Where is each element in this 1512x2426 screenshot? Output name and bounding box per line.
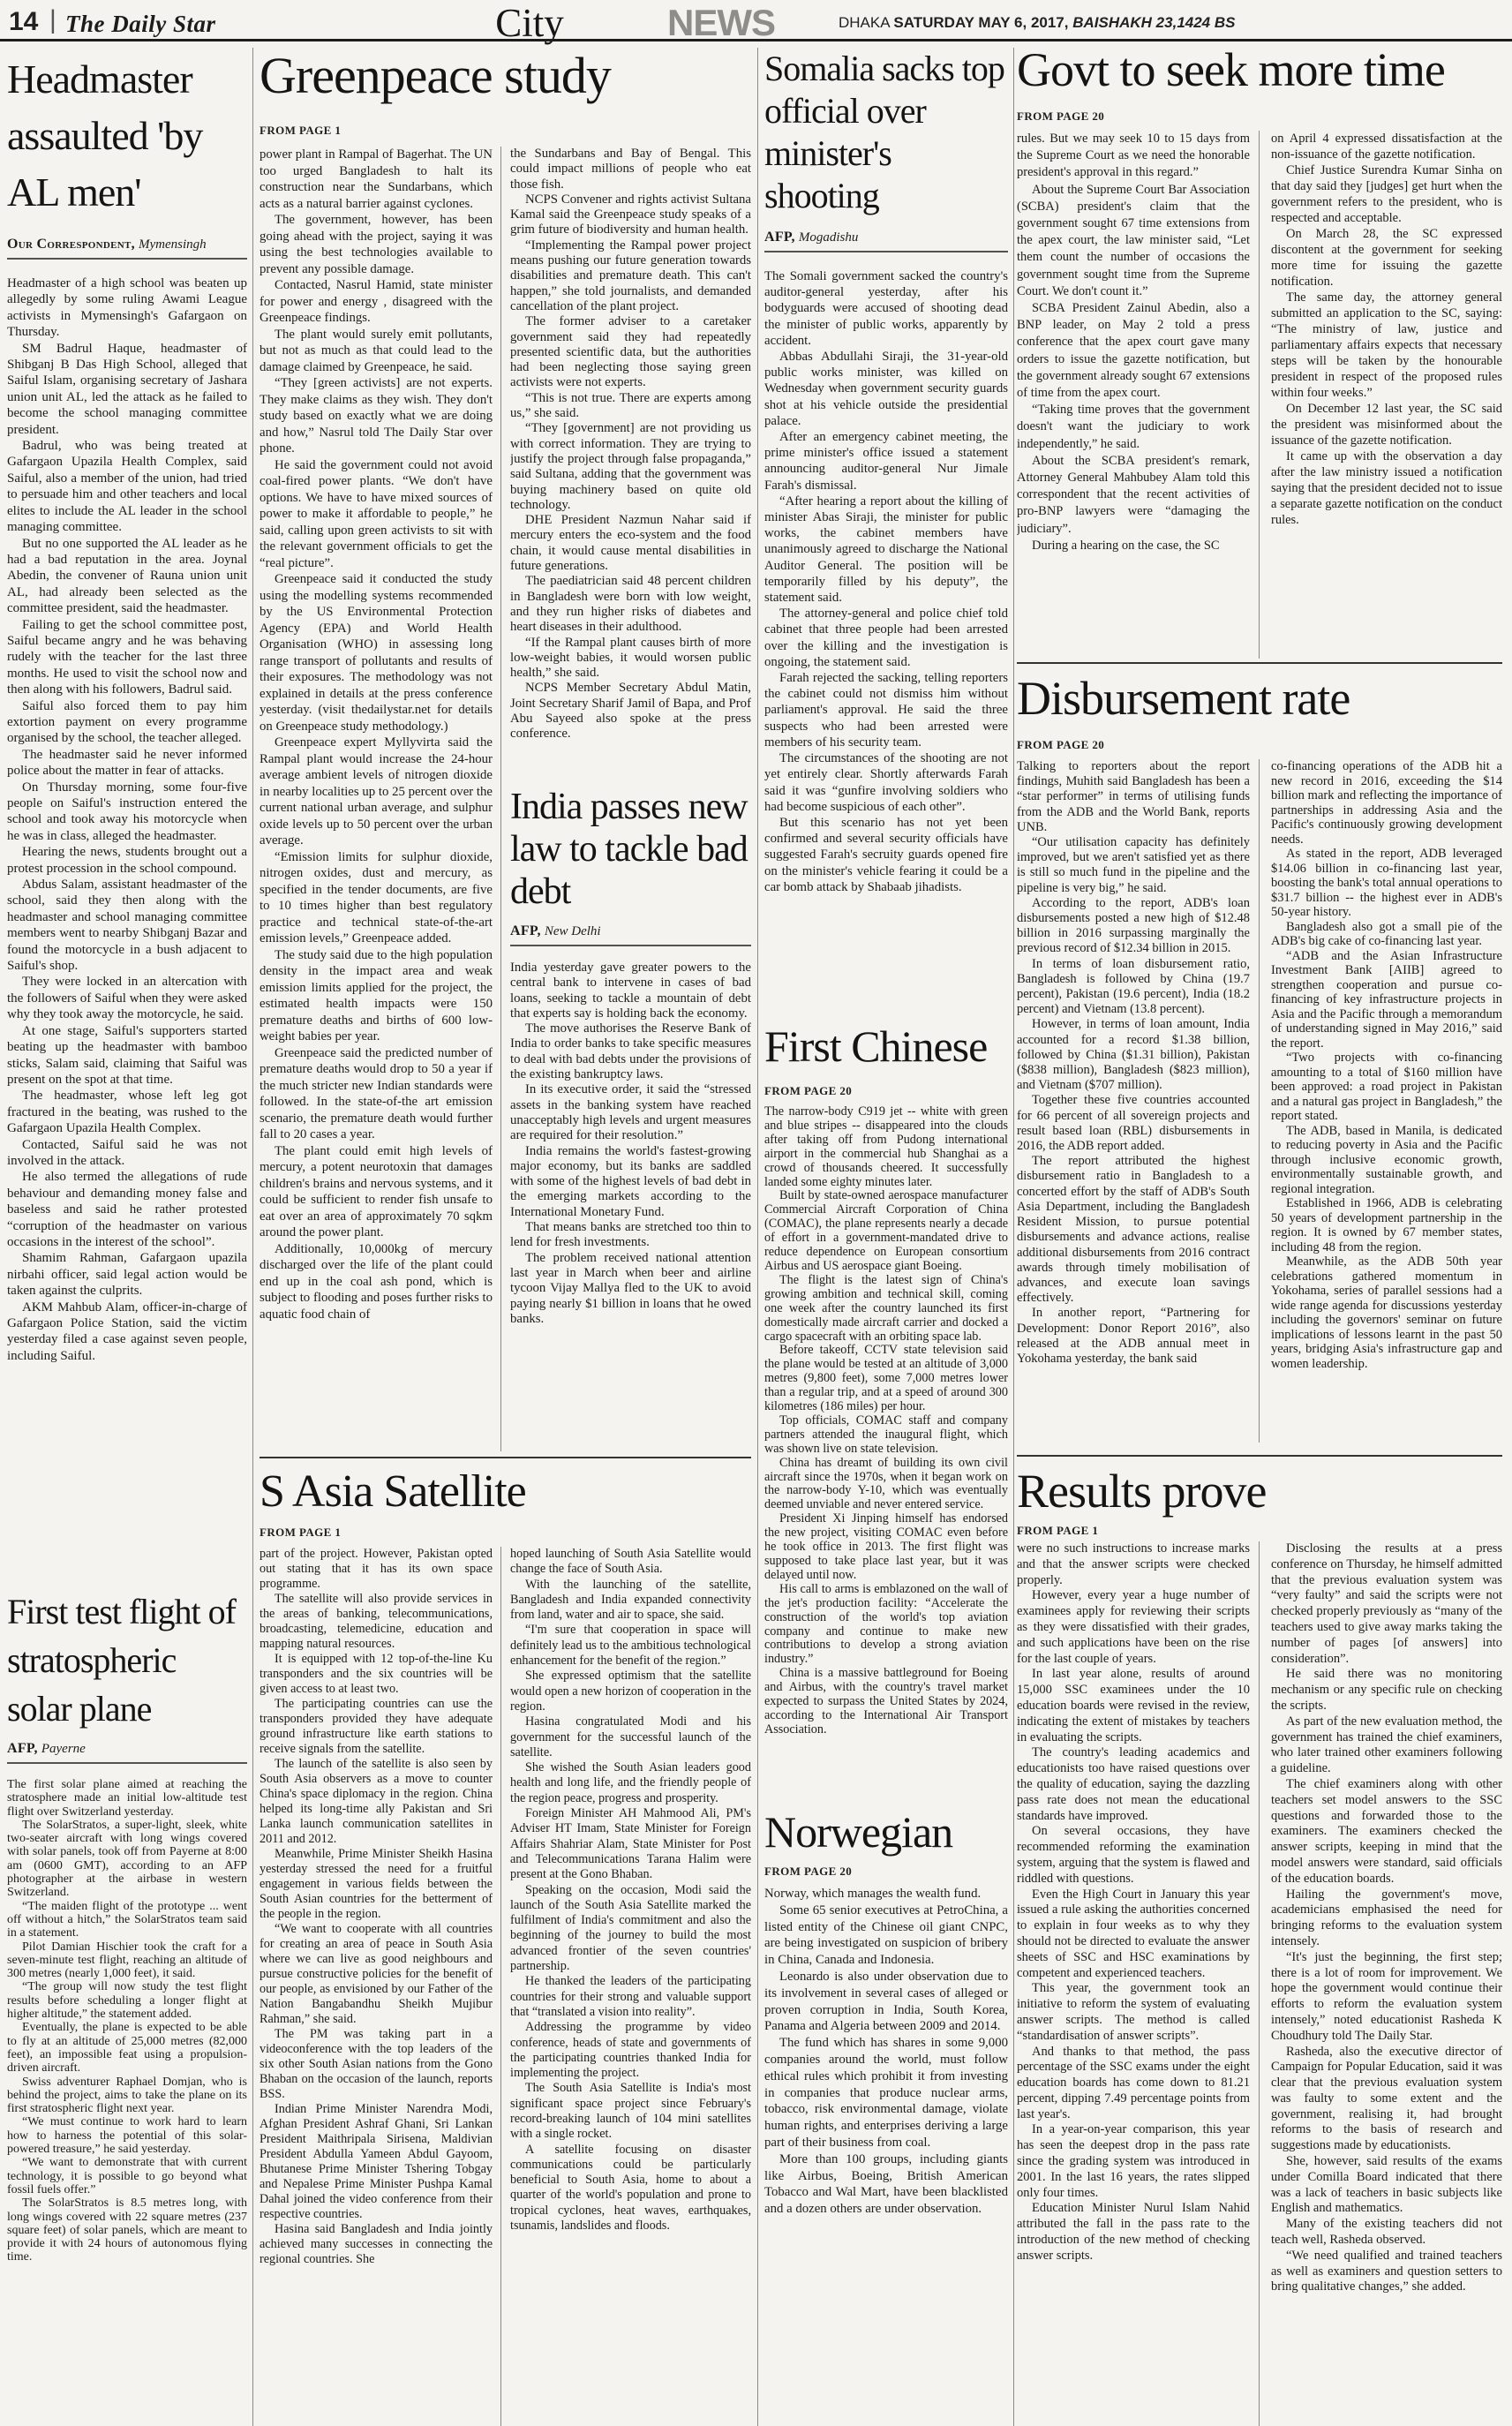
- paragraph: Disclosing the results at a press confer…: [1271, 1541, 1502, 1667]
- paragraph: The former adviser to a caretaker govern…: [510, 314, 751, 390]
- paragraph: The same day, the attorney general submi…: [1271, 290, 1502, 401]
- headline-results: Results prove: [1017, 1464, 1502, 1518]
- byline: AFP, Payerne: [7, 1741, 247, 1764]
- paragraph: In terms of loan disbursement ratio, Ban…: [1017, 957, 1250, 1018]
- paragraph: And thanks to that method, the pass perc…: [1017, 2045, 1250, 2123]
- paragraph: Talking to reporters about the report fi…: [1017, 759, 1250, 835]
- paragraph: Indian Prime Minister Narendra Modi, Afg…: [260, 2102, 493, 2222]
- byline: AFP, Mogadishu: [764, 230, 1008, 252]
- paragraph: The move authorises the Reserve Bank of …: [510, 1021, 751, 1082]
- paragraph: “Implementing the Rampal power project m…: [510, 238, 751, 314]
- paragraph: As part of the new evaluation method, th…: [1271, 1714, 1502, 1777]
- paragraph: On several occasions, they have recommen…: [1017, 1824, 1250, 1887]
- paragraph: More than 100 groups, including giants l…: [764, 2151, 1008, 2218]
- headline-s-asia-satellite: S Asia Satellite: [260, 1465, 754, 1518]
- byline-source: AFP,: [764, 230, 795, 245]
- column-rule: [252, 48, 253, 2426]
- from-page-label: FROM PAGE 20: [1017, 109, 1104, 124]
- paragraph: The headmaster said he never informed po…: [7, 747, 247, 780]
- paragraph: the Sundarbans and Bay of Bengal. This c…: [510, 147, 751, 192]
- paragraph: The participating countries can use the …: [260, 1697, 493, 1757]
- paragraph: Bangladesh also got a small pie of the A…: [1271, 920, 1502, 949]
- paragraph: Speaking on the occasion, Modi said the …: [510, 1883, 751, 1975]
- article-body-results-col2: Disclosing the results at a press confer…: [1271, 1541, 1502, 2426]
- paragraph: “I'm sure that cooperation in space will…: [510, 1623, 751, 1669]
- headline-disbursement: Disbursement rate: [1017, 671, 1502, 726]
- paragraph: SCBA President Zainul Abedin, also a BNP…: [1017, 300, 1250, 402]
- paragraph: They were locked in an altercation with …: [7, 974, 247, 1022]
- paragraph: SM Badrul Haque, headmaster of Shibganj …: [7, 341, 247, 438]
- paragraph: Meanwhile, Prime Minister Sheikh Hasina …: [260, 1847, 493, 1922]
- paragraph: He said the government could not avoid c…: [260, 457, 493, 572]
- header-divider: |: [49, 5, 56, 35]
- paragraph: But this scenario has not yet been confi…: [764, 815, 1008, 895]
- paragraph: The flight is the latest sign of China's…: [764, 1274, 1008, 1345]
- article-body-greenpeace-col2: the Sundarbans and Bay of Bengal. This c…: [510, 147, 751, 779]
- paragraph: During a hearing on the case, the SC: [1017, 538, 1250, 554]
- paragraph: She expressed optimism that the satellit…: [510, 1669, 751, 1714]
- paragraph: Foreign Minister AH Mahmood Ali, PM's Ad…: [510, 1806, 751, 1882]
- paragraph: “This is not true. There are experts amo…: [510, 391, 751, 422]
- paragraph: Abdus Salam, assistant headmaster of the…: [7, 877, 247, 974]
- article-body-disbursement-col1: Talking to reporters about the report fi…: [1017, 759, 1250, 1443]
- paragraph: About the Supreme Court Bar Association …: [1017, 182, 1250, 300]
- article-body-norwegian: Norway, which manages the wealth fund.So…: [764, 1886, 1008, 2424]
- paragraph: In last year alone, results of around 15…: [1017, 1667, 1250, 1745]
- section-rule: [260, 1457, 751, 1458]
- paragraph: Together these five countries accounted …: [1017, 1093, 1250, 1154]
- headline-norwegian: Norwegian: [764, 1806, 1008, 1857]
- paragraph: The fund which has shares in some 9,000 …: [764, 2035, 1008, 2151]
- paragraph: AKM Mahbub Alam, officer-in-charge of Ga…: [7, 1300, 247, 1365]
- paragraph: “We want to demonstrate that with curren…: [7, 2156, 247, 2196]
- paragraph: Hearing the news, students brought out a…: [7, 844, 247, 877]
- paragraph: Greenpeace said the predicted number of …: [260, 1045, 493, 1143]
- paragraph: It is equipped with 12 top-of-the-line K…: [260, 1652, 493, 1697]
- headline-greenpeace: Greenpeace study: [260, 44, 754, 108]
- masthead-logo: The Daily Star: [65, 11, 216, 38]
- paragraph: “We must continue to work hard to learn …: [7, 2115, 247, 2156]
- paragraph: The government, however, has been going …: [260, 212, 493, 277]
- paragraph: That means banks are stretched too thin …: [510, 1220, 751, 1251]
- headline-solar-plane: First test flight of stratospheric solar…: [7, 1587, 247, 1733]
- paragraph: At one stage, Saiful's supporters starte…: [7, 1023, 247, 1089]
- paragraph: The paediatrician said 48 percent childr…: [510, 574, 751, 635]
- paragraph: The South Asia Satellite is India's most…: [510, 2081, 751, 2142]
- paragraph: Farah rejected the sacking, telling repo…: [764, 670, 1008, 750]
- dateline-city: DHAKA: [839, 14, 890, 31]
- paragraph: Chief Justice Surendra Kumar Sinha on th…: [1271, 162, 1502, 226]
- article-body-greenpeace-col1: power plant in Rampal of Bagerhat. The U…: [260, 147, 493, 1451]
- paragraph: In its executive order, it said the “str…: [510, 1082, 751, 1143]
- from-page-label: FROM PAGE 20: [764, 1865, 852, 1879]
- page-number: 14: [9, 7, 38, 37]
- paragraph: However, every year a huge number of exa…: [1017, 1588, 1250, 1667]
- paragraph: Education Minister Nurul Islam Nahid att…: [1017, 2201, 1250, 2264]
- dateline-bangla-date: BAISHAKH 23,1424 BS: [1072, 14, 1235, 31]
- paragraph: He also termed the allegations of rude b…: [7, 1169, 247, 1250]
- paragraph: The headmaster, whose left leg got fract…: [7, 1088, 247, 1136]
- paragraph: In another report, “Partnering for Devel…: [1017, 1306, 1250, 1367]
- paragraph: “If the Rampal plant causes birth of mor…: [510, 636, 751, 682]
- byline-source: AFP,: [510, 923, 541, 938]
- paragraph: But no one supported the AL leader as he…: [7, 536, 247, 617]
- paragraph: The PM was taking part in a videoconfere…: [260, 2027, 493, 2102]
- paragraph: The narrow-body C919 jet -- white with g…: [764, 1105, 1008, 1189]
- paragraph: The launch of the satellite is also seen…: [260, 1757, 493, 1847]
- paragraph: He said there was no monitoring mechanis…: [1271, 1667, 1502, 1714]
- newspaper-page: 14 | The Daily Star City NEWS DHAKA SATU…: [0, 0, 1512, 2426]
- paragraph: The Somali government sacked the country…: [764, 268, 1008, 349]
- article-body-govt-col2: on April 4 expressed dissatisfaction at …: [1271, 131, 1502, 659]
- paragraph: Established in 1966, ADB is celebrating …: [1271, 1196, 1502, 1254]
- paragraph: About the SCBA president's remark, Attor…: [1017, 453, 1250, 538]
- article-body-results-col1: were no such instructions to increase ma…: [1017, 1541, 1250, 2426]
- column-rule: [500, 147, 501, 1451]
- from-page-label: FROM PAGE 1: [260, 124, 341, 138]
- paragraph: Rasheda, also the executive director of …: [1271, 2045, 1502, 2155]
- paragraph: Failing to get the school committee post…: [7, 617, 247, 698]
- paragraph: Swiss adventurer Raphael Domjan, who is …: [7, 2076, 247, 2116]
- byline-place: Mymensingh: [139, 237, 207, 252]
- paragraph: India remains the world's fastest-growin…: [510, 1144, 751, 1220]
- paragraph: Headmaster of a high school was beaten u…: [7, 275, 247, 341]
- paragraph: China is a massive battleground for Boei…: [764, 1667, 1008, 1737]
- byline-source: Our Correspondent,: [7, 237, 135, 252]
- paragraph: The ADB, based in Manila, is dedicated t…: [1271, 1124, 1502, 1197]
- section-rule: [1017, 1455, 1502, 1457]
- paragraph: According to the report, ADB's loan disb…: [1017, 896, 1250, 957]
- paragraph: Contacted, Nasrul Hamid, state minister …: [260, 277, 493, 327]
- paragraph: “The maiden flight of the prototype ... …: [7, 1900, 247, 1940]
- paragraph: Eventually, the plane is expected to be …: [7, 2021, 247, 2075]
- paragraph: Hasina congratulated Modi and his govern…: [510, 1714, 751, 1760]
- paragraph: Some 65 senior executives at PetroChina,…: [764, 1902, 1008, 1969]
- paragraph: The satellite will also provide services…: [260, 1592, 493, 1652]
- byline-place: Payerne: [41, 1742, 86, 1756]
- column-rule: [1259, 131, 1260, 659]
- paragraph: “They [green activists] are not experts.…: [260, 375, 493, 457]
- headline-somalia: Somalia sacks top official over minister…: [764, 48, 1008, 217]
- section-label: NEWS: [667, 2, 775, 44]
- paragraph: The circumstances of the shooting are no…: [764, 750, 1008, 815]
- paragraph: “We need qualified and trained teachers …: [1271, 2249, 1502, 2295]
- paragraph: Leonardo is also under observation due t…: [764, 1969, 1008, 2035]
- paragraph: The plant could emit high levels of merc…: [260, 1143, 493, 1241]
- paragraph: The study said due to the high populatio…: [260, 947, 493, 1045]
- article-body-govt-col1: rules. But we may seek 10 to 15 days fro…: [1017, 131, 1250, 659]
- paragraph: “Emission limits for sulphur dioxide, ni…: [260, 849, 493, 947]
- headline-india-debt: India passes new law to tackle bad debt: [510, 786, 751, 913]
- article-body-solar-plane: The first solar plane aimed at reaching …: [7, 1778, 247, 2424]
- section-rule: [1017, 662, 1502, 664]
- paragraph: President Xi Jinping himself has endorse…: [764, 1512, 1008, 1583]
- from-page-label: FROM PAGE 20: [1017, 738, 1104, 752]
- paragraph: On December 12 last year, the SC said th…: [1271, 401, 1502, 448]
- paragraph: His call to arms is emblazoned on the wa…: [764, 1583, 1008, 1667]
- column-rule: [1013, 48, 1014, 2426]
- column-rule: [500, 1547, 501, 2426]
- paragraph: However, in terms of loan amount, India …: [1017, 1017, 1250, 1093]
- paragraph: The SolarStratos is 8.5 metres long, wit…: [7, 2196, 247, 2264]
- paragraph: NCPS Convener and rights activist Sultan…: [510, 192, 751, 238]
- dateline-date: SATURDAY MAY 6, 2017,: [893, 14, 1068, 31]
- paragraph: In a year-on-year comparison, this year …: [1017, 2122, 1250, 2201]
- paragraph: Shamim Rahman, Gafargaon upazila nirbahi…: [7, 1250, 247, 1299]
- headline-govt-time: Govt to seek more time: [1017, 42, 1504, 97]
- paragraph: “Taking time proves that the government …: [1017, 402, 1250, 453]
- paragraph: The country's leading academics and educ…: [1017, 1745, 1250, 1824]
- paragraph: “It's just the beginning, the first step…: [1271, 1950, 1502, 2045]
- paragraph: Many of the existing teachers did not te…: [1271, 2217, 1502, 2249]
- paragraph: On March 28, the SC expressed discontent…: [1271, 226, 1502, 290]
- paragraph: “Two projects with co-financing amountin…: [1271, 1051, 1502, 1124]
- paragraph: co-financing operations of the ADB hit a…: [1271, 759, 1502, 847]
- paragraph: Built by state-owned aerospace manufactu…: [764, 1189, 1008, 1273]
- paragraph: The chief examiners along with other tea…: [1271, 1777, 1502, 1887]
- paragraph: She wished the South Asian leaders good …: [510, 1760, 751, 1806]
- paragraph: India yesterday gave greater powers to t…: [510, 961, 751, 1021]
- byline-source: AFP,: [7, 1741, 38, 1756]
- paragraph: The problem received national attention …: [510, 1251, 751, 1327]
- byline: Our Correspondent, Mymensingh: [7, 237, 247, 260]
- paragraph: A satellite focusing on disaster communi…: [510, 2143, 751, 2234]
- paragraph: China has dreamt of building its own civ…: [764, 1457, 1008, 1513]
- paragraph: Before takeoff, CCTV state television sa…: [764, 1344, 1008, 1414]
- column-rule: [1259, 759, 1260, 1443]
- paragraph: Abbas Abdullahi Siraji, the 31-year-old …: [764, 349, 1008, 429]
- article-body-headmaster: Headmaster of a high school was beaten u…: [7, 275, 247, 1580]
- paragraph: DHE President Nazmun Nahar said if mercu…: [510, 513, 751, 574]
- article-body-s-asia-col1: part of the project. However, Pakistan o…: [260, 1547, 493, 2426]
- paragraph: Saiful also forced them to pay him extor…: [7, 698, 247, 747]
- paragraph: Meanwhile, as the ADB 50th year celebrat…: [1271, 1254, 1502, 1371]
- article-body-india-debt: India yesterday gave greater powers to t…: [510, 961, 751, 1450]
- article-body-somalia: The Somali government sacked the country…: [764, 268, 1008, 1017]
- article-body-first-chinese: The narrow-body C919 jet -- white with g…: [764, 1105, 1008, 1801]
- paragraph: NCPS Member Secretary Abdul Matin, Joint…: [510, 681, 751, 742]
- headline-first-chinese: First Chinese: [764, 1021, 1008, 1072]
- header-rule: [0, 39, 1512, 41]
- paragraph: hoped launching of South Asia Satellite …: [510, 1547, 751, 1578]
- paragraph: Badrul, who was being treated at Gafarga…: [7, 438, 247, 535]
- paragraph: Pilot Damian Hischier took the craft for…: [7, 1940, 247, 1981]
- paragraph: were no such instructions to increase ma…: [1017, 1541, 1250, 1588]
- paragraph: rules. But we may seek 10 to 15 days fro…: [1017, 131, 1250, 182]
- paragraph: power plant in Rampal of Bagerhat. The U…: [260, 147, 493, 212]
- paragraph: Greenpeace said it conducted the study u…: [260, 571, 493, 735]
- paragraph: “They [government] are not providing us …: [510, 421, 751, 513]
- paragraph: Norway, which manages the wealth fund.: [764, 1886, 1008, 1902]
- paragraph: Contacted, Saiful said he was not involv…: [7, 1137, 247, 1170]
- paragraph: As stated in the report, ADB leveraged $…: [1271, 847, 1502, 920]
- paragraph: Top officials, COMAC staff and company p…: [764, 1414, 1008, 1457]
- paragraph: Even the High Court in January this year…: [1017, 1887, 1250, 1982]
- article-body-disbursement-col2: co-financing operations of the ADB hit a…: [1271, 759, 1502, 1443]
- byline-place: New Delhi: [545, 924, 601, 938]
- paragraph: The first solar plane aimed at reaching …: [7, 1778, 247, 1819]
- byline-place: Mogadishu: [799, 230, 859, 245]
- byline: AFP, New Delhi: [510, 923, 751, 946]
- paragraph: “ADB and the Asian Infrastructure Invest…: [1271, 949, 1502, 1051]
- column-rule: [757, 48, 758, 2426]
- from-page-label: FROM PAGE 20: [764, 1084, 852, 1098]
- paragraph: The SolarStratos, a super-light, sleek, …: [7, 1819, 247, 1900]
- paragraph: The plant would surely emit pollutants, …: [260, 327, 493, 376]
- paragraph: Hasina said Bangladesh and India jointly…: [260, 2222, 493, 2267]
- paragraph: “Our utilisation capacity has definitely…: [1017, 835, 1250, 896]
- paragraph: She, however, said results of the exams …: [1271, 2154, 1502, 2217]
- paragraph: Additionally, 10,000kg of mercury discha…: [260, 1241, 493, 1323]
- from-page-label: FROM PAGE 1: [260, 1526, 341, 1540]
- paragraph: He thanked the leaders of the participat…: [510, 1974, 751, 2020]
- paragraph: “After hearing a report about the killin…: [764, 493, 1008, 606]
- column-rule: [1259, 1541, 1260, 2426]
- paragraph: Addressing the programme by video confer…: [510, 2020, 751, 2081]
- paragraph: The attorney-general and police chief to…: [764, 606, 1008, 670]
- paragraph: “We want to cooperate with all countries…: [260, 1922, 493, 2027]
- from-page-label: FROM PAGE 1: [1017, 1524, 1098, 1538]
- paragraph: The report attributed the highest disbur…: [1017, 1154, 1250, 1306]
- headline-headmaster: Headmaster assaulted 'by AL men': [7, 51, 247, 221]
- paragraph: “The group will now study the test fligh…: [7, 1980, 247, 2021]
- article-body-s-asia-col2: hoped launching of South Asia Satellite …: [510, 1547, 751, 2426]
- paragraph: on April 4 expressed dissatisfaction at …: [1271, 131, 1502, 162]
- paragraph: Hailing the government's move, academici…: [1271, 1887, 1502, 1950]
- dateline: DHAKA SATURDAY MAY 6, 2017, BAISHAKH 23,…: [839, 14, 1205, 32]
- paragraph: On Thursday morning, some four-five peop…: [7, 780, 247, 845]
- paragraph: With the launching of the satellite, Ban…: [510, 1578, 751, 1624]
- paragraph: part of the project. However, Pakistan o…: [260, 1547, 493, 1592]
- paragraph: After an emergency cabinet meeting, the …: [764, 429, 1008, 493]
- paragraph: It came up with the observation a day af…: [1271, 448, 1502, 528]
- paragraph: Greenpeace expert Myllyvirta said the Ra…: [260, 735, 493, 849]
- paragraph: This year, the government took an initia…: [1017, 1981, 1250, 2044]
